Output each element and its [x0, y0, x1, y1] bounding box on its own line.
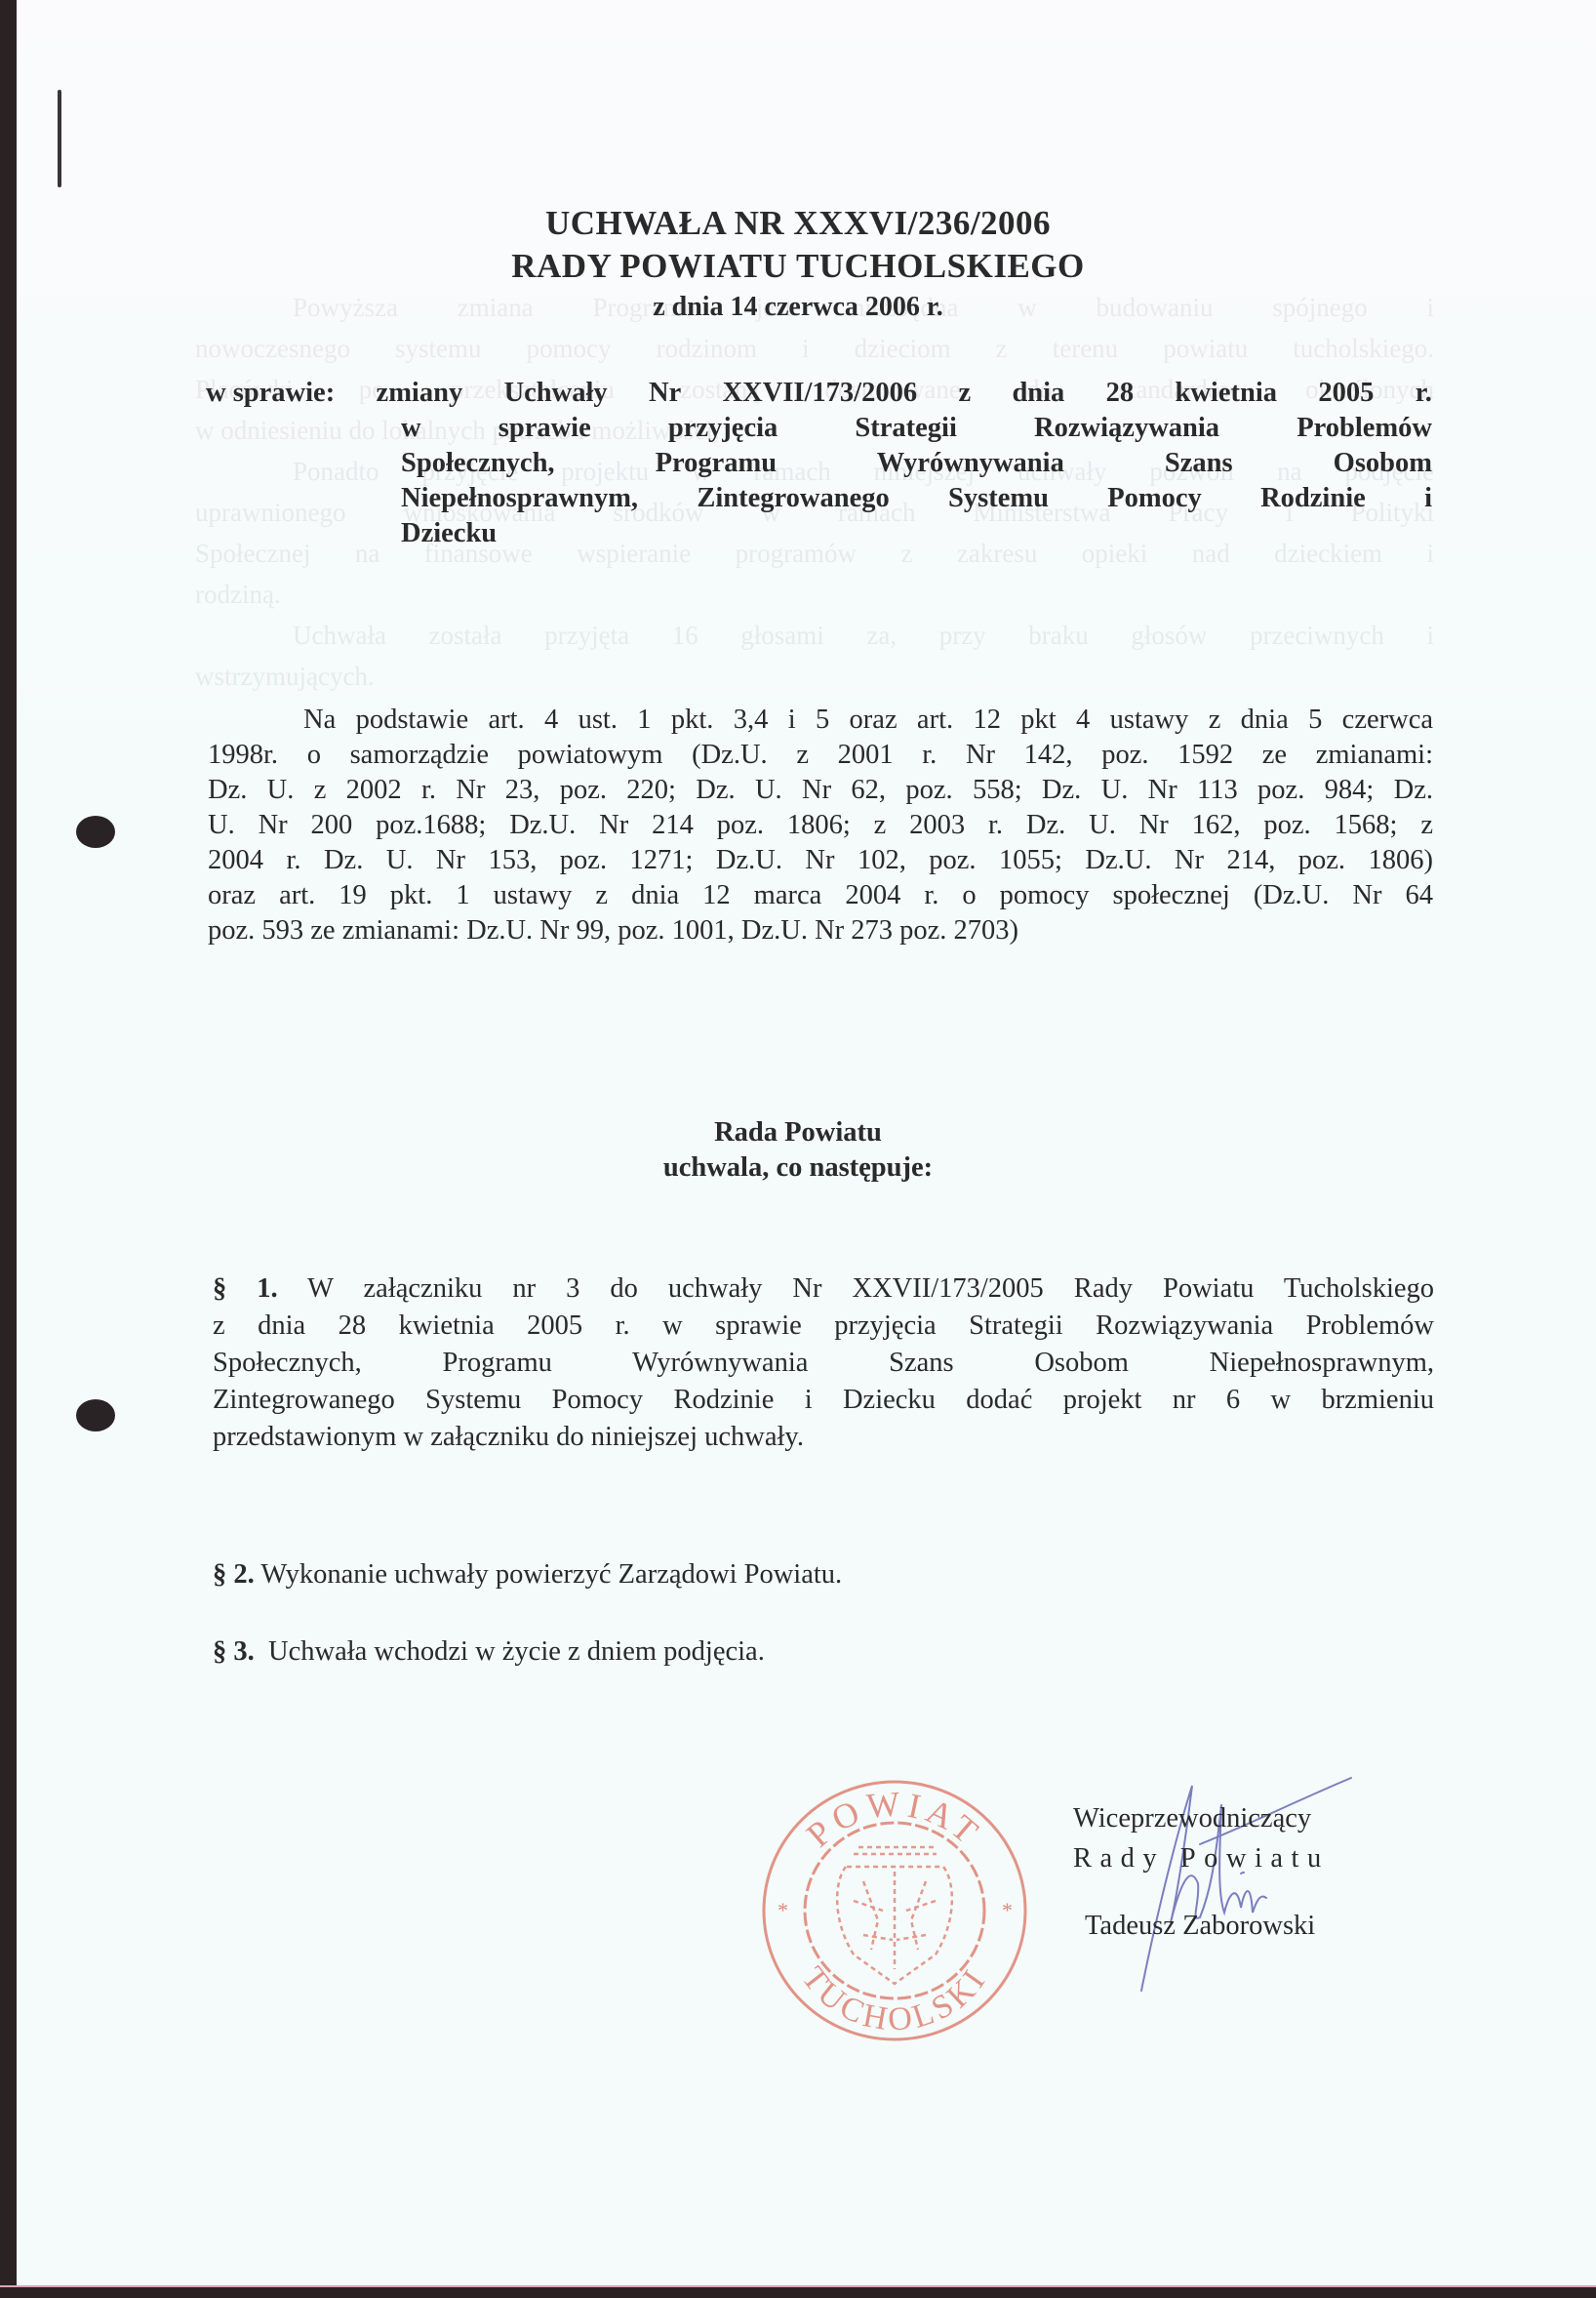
legal-basis-line: poz. 593 ze zmianami: Dz.U. Nr 99, poz. … [208, 913, 1433, 948]
svg-text:*: * [1002, 1898, 1013, 1922]
legal-basis-line: 2004 r. Dz. U. Nr 153, poz. 1271; Dz.U. … [208, 843, 1433, 878]
legal-basis-line: oraz art. 19 pkt. 1 ustawy z dnia 12 mar… [208, 878, 1433, 913]
punch-hole-top [76, 816, 115, 848]
punch-hole-bottom [76, 1399, 115, 1431]
resolution-number: UCHWAŁA NR XXXVI/236/2006 [0, 202, 1596, 245]
paragraph-line: przedstawionym w załączniku do niniejsze… [213, 1419, 1434, 1456]
signatory-role: Wiceprzewodniczący [1073, 1798, 1385, 1838]
paragraph-marker: § 1. [213, 1273, 278, 1304]
paragraph-line: Wykonanie uchwały powierzyć Zarządowi Po… [260, 1559, 842, 1590]
subject-line: Społecznych, Programu Wyrównywania Szans… [401, 446, 1432, 481]
resolution-date: z dnia 14 czerwca 2006 r. [0, 288, 1596, 327]
enacting-formula: Rada Powiatu uchwala, co następuje: [0, 1115, 1596, 1186]
subject-word: 28 [1106, 376, 1135, 411]
subject-line: w sprawie przyjęcia Strategii Rozwiązywa… [401, 411, 1432, 446]
subject-word: XXVII/173/2006 [723, 376, 918, 411]
svg-text:POWIAT: POWIAT [799, 1784, 990, 1855]
signatory-council: Rady Powiatu [1073, 1838, 1385, 1878]
subject-first-line: w sprawie: zmiany Uchwały Nr XXVII/173/2… [206, 376, 1432, 411]
scan-edge-bottom [0, 2285, 1596, 2298]
enacting-clause: uchwala, co następuje: [0, 1150, 1596, 1186]
legal-basis-line: U. Nr 200 poz.1688; Dz.U. Nr 214 poz. 18… [208, 808, 1433, 843]
paragraph-marker: § 3. [213, 1636, 255, 1667]
subject-word: 2005 [1318, 376, 1374, 411]
subject-line: Niepełnosprawnym, Zintegrowanego Systemu… [401, 481, 1432, 516]
resolution-subject: w sprawie: zmiany Uchwały Nr XXVII/173/2… [206, 376, 1432, 551]
subject-word: zmiany [377, 376, 463, 411]
paragraph-line: Zintegrowanego Systemu Pomocy Rodzinie i… [213, 1382, 1434, 1419]
subject-word: kwietnia [1176, 376, 1278, 411]
svg-text:*: * [778, 1898, 788, 1922]
subject-word: Uchwały [504, 376, 608, 411]
paragraph-2: § 2. Wykonanie uchwały powierzyć Zarządo… [213, 1556, 1434, 1593]
paragraph-line: Uchwała wchodzi w życie z dniem podjęcia… [261, 1636, 765, 1667]
resolution-header: UCHWAŁA NR XXXVI/236/2006 RADY POWIATU T… [0, 202, 1596, 327]
signatory-name: Tadeusz Zaborowski [1073, 1906, 1385, 1946]
legal-basis-line: 1998r. o samorządzie powiatowym (Dz.U. z… [208, 738, 1433, 773]
staple-mark [58, 90, 61, 187]
official-stamp-icon: POWIAT TUCHOLSKI * * [756, 1774, 1033, 2047]
subject-continuation: w sprawie przyjęcia Strategii Rozwiązywa… [401, 411, 1432, 551]
subject-word: dnia [1012, 376, 1064, 411]
issuing-body: RADY POWIATU TUCHOLSKIEGO [0, 245, 1596, 288]
signature-block: Wiceprzewodniczący Rady Powiatu Tadeusz … [1073, 1798, 1385, 1946]
paragraph-line: W załączniku nr 3 do uchwały Nr XXVII/17… [307, 1273, 1434, 1304]
paragraph-line: Społecznych, Programu Wyrównywania Szans… [213, 1345, 1434, 1382]
paragraph-marker: § 2. [213, 1559, 255, 1590]
paragraph-1: § 1. W załączniku nr 3 do uchwały Nr XXV… [213, 1270, 1434, 1456]
svg-text:TUCHOLSKI: TUCHOLSKI [795, 1960, 995, 2038]
legal-basis: Na podstawie art. 4 ust. 1 pkt. 3,4 i 5 … [208, 703, 1433, 948]
legal-basis-line: Dz. U. z 2002 r. Nr 23, poz. 220; Dz. U.… [208, 773, 1433, 808]
paragraph-line: z dnia 28 kwietnia 2005 r. w sprawie prz… [213, 1308, 1434, 1345]
paragraph-3: § 3. Uchwała wchodzi w życie z dniem pod… [213, 1633, 1434, 1671]
subject-word: r. [1416, 376, 1432, 411]
subject-line: Dziecku [401, 516, 1432, 551]
council-name: Rada Powiatu [0, 1115, 1596, 1150]
subject-label: w sprawie: [206, 376, 335, 411]
legal-basis-line: Na podstawie art. 4 ust. 1 pkt. 3,4 i 5 … [208, 703, 1433, 738]
subject-word: Nr [649, 376, 681, 411]
subject-word: z [958, 376, 971, 411]
